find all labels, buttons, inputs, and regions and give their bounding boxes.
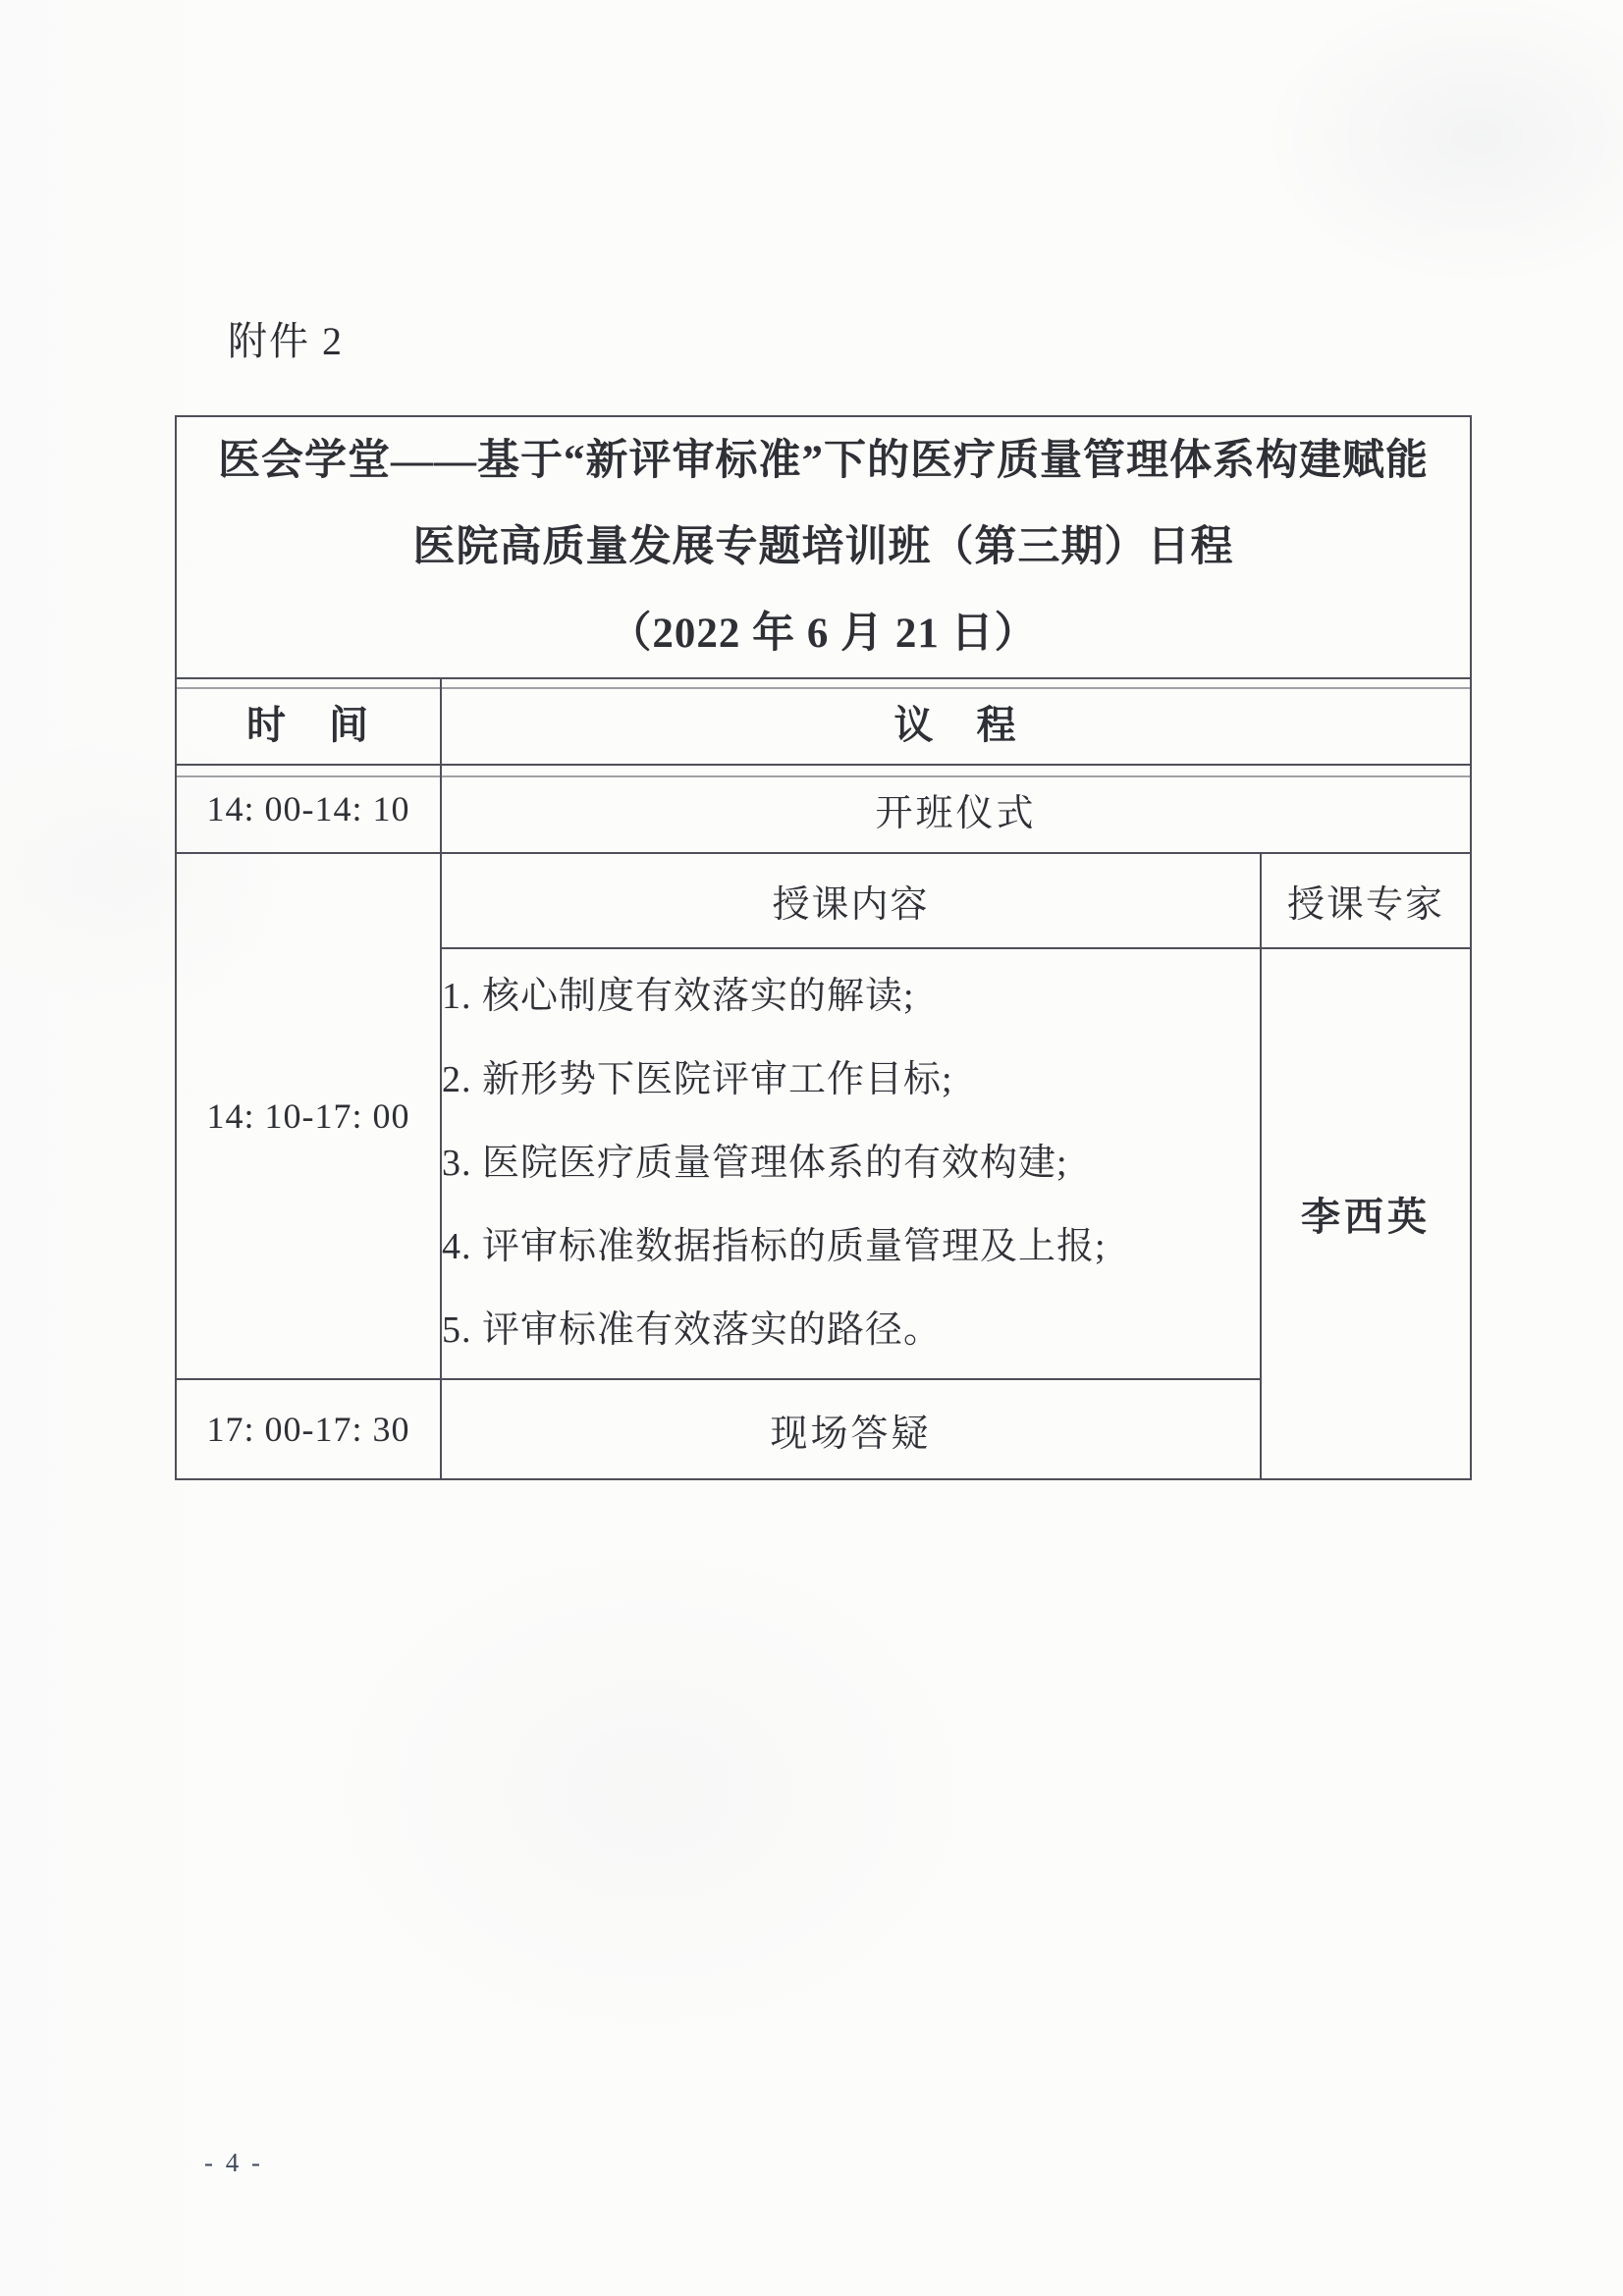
- attachment-label: 附件 2: [228, 310, 344, 366]
- table-title-row: 医会学堂——基于“新评审标准”下的医疗质量管理体系构建赋能 医院高质量发展专题培…: [176, 416, 1471, 678]
- qa-time: 17: 00-17: 30: [176, 1379, 441, 1479]
- session-subheader-row: 14: 10-17: 00 授课内容 授课专家: [176, 853, 1471, 948]
- column-header-row: 时 间 议 程: [176, 678, 1471, 765]
- session-item-3: 3. 医院医疗质量管理体系的有效构建;: [442, 1122, 1260, 1205]
- expert-subheader: 授课专家: [1261, 853, 1471, 948]
- document-page: 附件 2 医会学堂——基于“新评审标准”下的医疗质量管理体系构建赋能 医院高质量…: [0, 0, 1623, 2296]
- table-title-line-2: 医院高质量发展专题培训班（第三期）日程: [177, 505, 1470, 591]
- opening-agenda: 开班仪式: [441, 765, 1471, 853]
- session-time: 14: 10-17: 00: [176, 853, 441, 1379]
- table-title-cell: 医会学堂——基于“新评审标准”下的医疗质量管理体系构建赋能 医院高质量发展专题培…: [176, 416, 1471, 678]
- session-item-1: 1. 核心制度有效落实的解读;: [442, 955, 1260, 1039]
- agenda-column-header: 议 程: [441, 678, 1471, 765]
- table-title-line-3: （2022 年 6 月 21 日）: [177, 591, 1470, 677]
- schedule-table-wrap: 医会学堂——基于“新评审标准”下的医疗质量管理体系构建赋能 医院高质量发展专题培…: [175, 415, 1472, 1480]
- session-items-cell: 1. 核心制度有效落实的解读; 2. 新形势下医院评审工作目标; 3. 医院医疗…: [441, 948, 1261, 1379]
- schedule-table: 医会学堂——基于“新评审标准”下的医疗质量管理体系构建赋能 医院高质量发展专题培…: [175, 415, 1472, 1480]
- expert-name: 李西英: [1261, 948, 1471, 1479]
- session-item-2: 2. 新形势下医院评审工作目标;: [442, 1039, 1260, 1122]
- page-number: - 4 -: [204, 2148, 263, 2178]
- session-item-5: 5. 评审标准有效落实的路径。: [442, 1289, 1260, 1372]
- opening-ceremony-row: 14: 00-14: 10 开班仪式: [176, 765, 1471, 853]
- qa-agenda: 现场答疑: [441, 1379, 1261, 1479]
- session-item-4: 4. 评审标准数据指标的质量管理及上报;: [442, 1205, 1260, 1289]
- table-title-line-1: 医会学堂——基于“新评审标准”下的医疗质量管理体系构建赋能: [177, 418, 1470, 505]
- content-subheader: 授课内容: [441, 853, 1261, 948]
- time-column-header: 时 间: [176, 678, 441, 765]
- opening-time: 14: 00-14: 10: [176, 765, 441, 853]
